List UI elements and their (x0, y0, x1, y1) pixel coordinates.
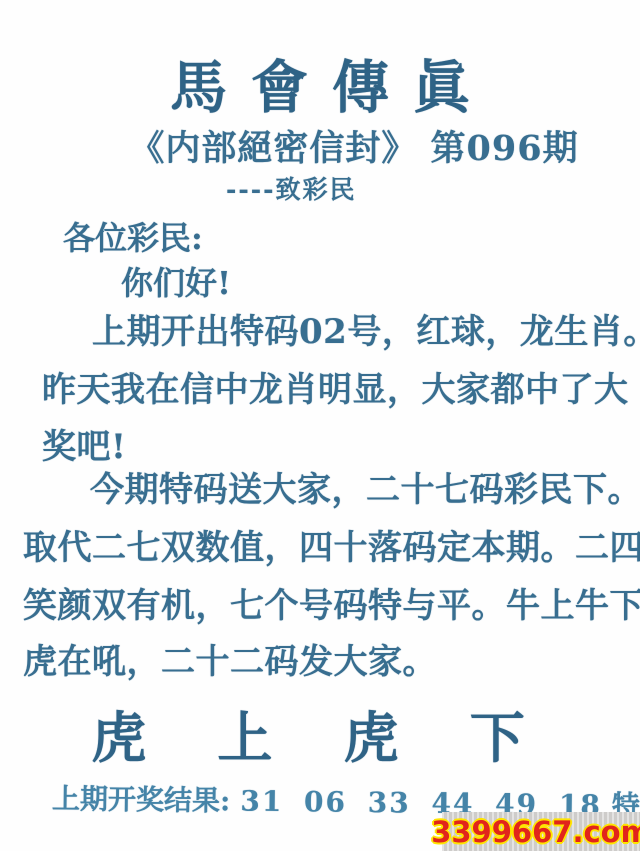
paragraph2-line4: 虎在吼，二十二码发大家。 (23, 634, 437, 683)
watermark-strip: 3399667.com (442, 812, 640, 851)
watermark-site-text: 3399667.com (431, 815, 640, 849)
results-label: 上期开奖结果: (52, 777, 231, 819)
paragraph1-line1: 上期开出特码02号，红球，龙生肖。 (92, 304, 640, 353)
greeting: 你们好! (121, 258, 231, 304)
paragraph2-line3: 笑颜双有机，七个号码特与平。牛上牛下 (23, 578, 640, 627)
paragraph1-line2: 昨天我在信中龙肖明显，大家都中了大 (42, 362, 629, 411)
salutation: 各位彩民: (63, 213, 203, 259)
paragraph2-line2: 取代二七双数值，四十落码定本期。二四 (23, 520, 640, 569)
issue-line: 《内部絕密信封》 第096期 (34, 121, 640, 171)
paragraph1-line3: 奖吧! (42, 419, 126, 468)
fax-document: 馬會傳眞 《内部絕密信封》 第096期 ----致彩民 各位彩民: 你们好! 上… (0, 0, 640, 851)
paragraph2-line1: 今期特码送大家，二十七码彩民下。 (90, 462, 640, 511)
slogan-tiger-up-tiger-down: 虎 上 虎 下 (0, 694, 628, 773)
dedication-line: ----致彩民 (226, 170, 357, 206)
document-title: 馬會傳眞 (0, 42, 640, 124)
